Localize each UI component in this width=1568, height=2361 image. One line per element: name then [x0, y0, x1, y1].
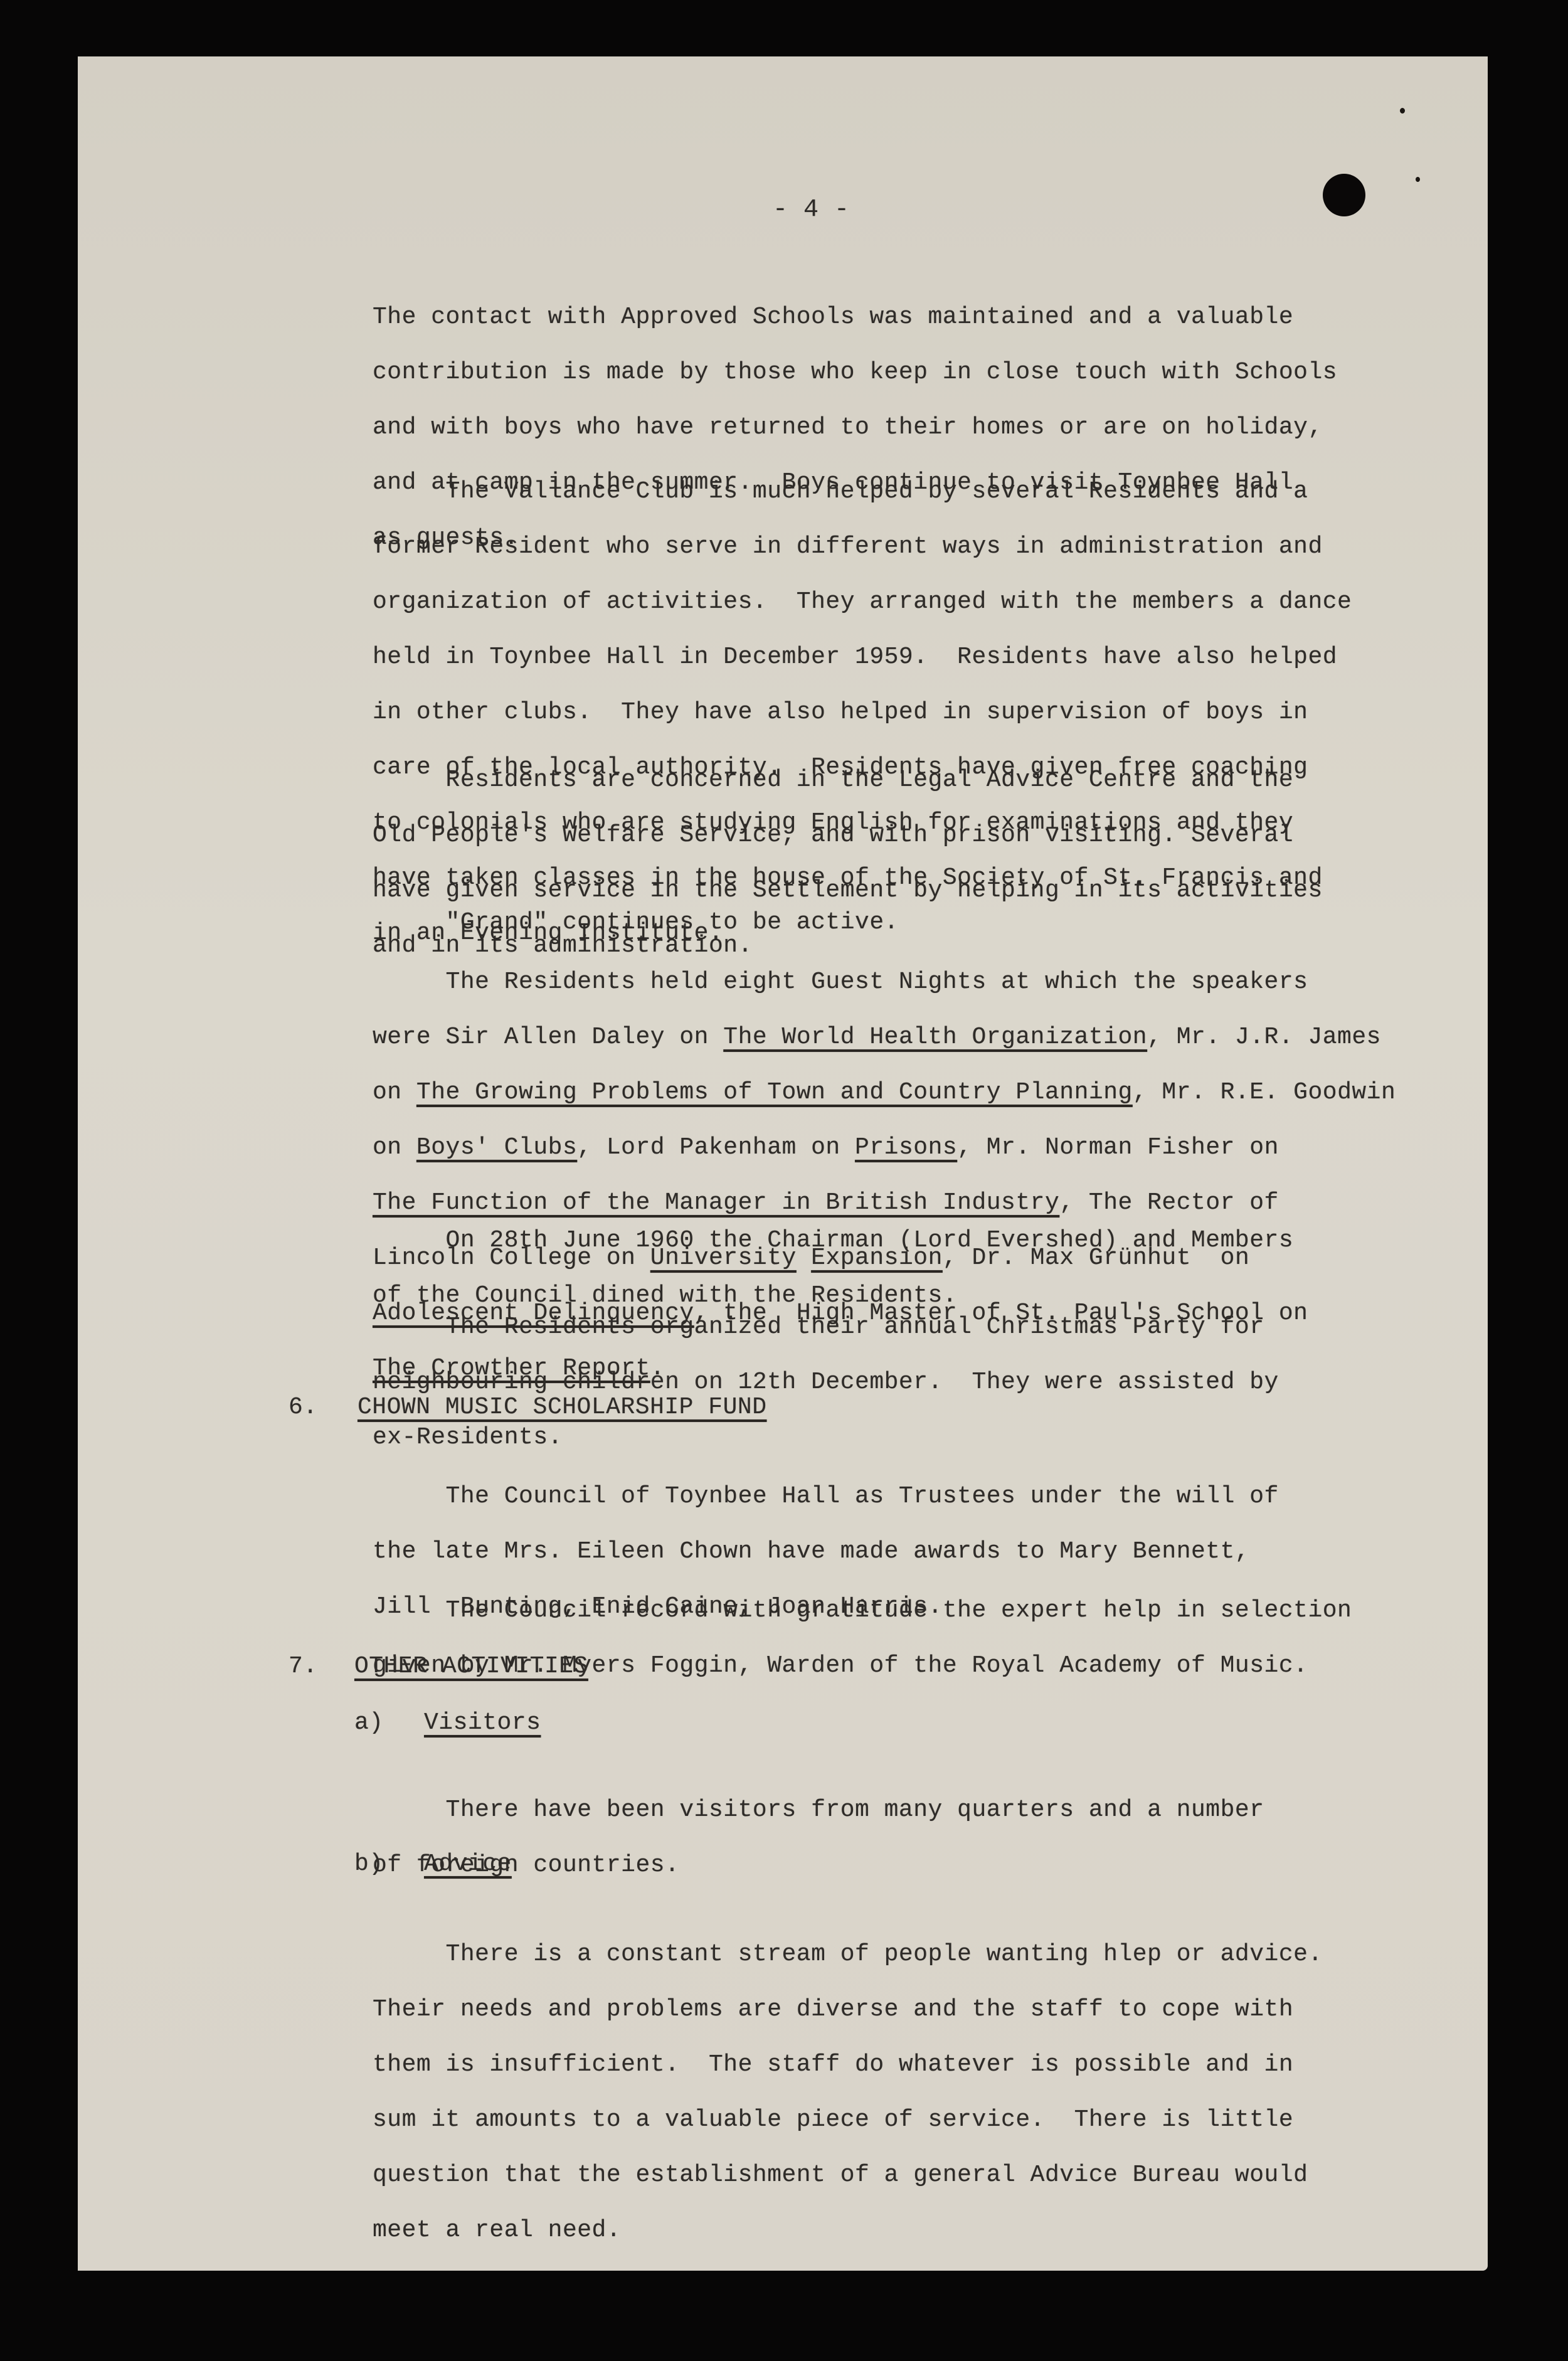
- subsection-b-label: b): [354, 1850, 384, 1878]
- paper-speck: [1400, 108, 1405, 114]
- section-6-number: 6.: [289, 1394, 318, 1421]
- talk-title: Prisons: [855, 1134, 957, 1161]
- paragraph-christmas-party: The Residents organized their annual Chr…: [373, 1286, 1279, 1479]
- punch-hole: [1323, 174, 1365, 216]
- paragraph-visitors: There have been visitors from many quart…: [373, 1769, 1264, 1907]
- section-7-number: 7.: [289, 1653, 318, 1680]
- talk-title: The Growing Problems of Town and Country…: [416, 1079, 1133, 1106]
- talk-title: The World Health Organization: [723, 1024, 1147, 1051]
- paragraph-advice: There is a constant stream of people wan…: [373, 1913, 1323, 2272]
- paragraph-chown-gratitude: The Council record with gratitude the ex…: [373, 1569, 1352, 1707]
- subsection-a-label: a): [354, 1709, 384, 1737]
- talk-title: Boys' Clubs: [416, 1134, 577, 1161]
- section-7-title: OTHER ACTIVITIES: [354, 1653, 588, 1680]
- subsection-a-title: Visitors: [424, 1709, 541, 1737]
- paper-speck: [1416, 177, 1420, 182]
- section-6-title: CHOWN MUSIC SCHOLARSHIP FUND: [358, 1394, 767, 1421]
- page-number: - 4 -: [773, 196, 850, 224]
- subsection-b-title: Advice: [424, 1850, 512, 1878]
